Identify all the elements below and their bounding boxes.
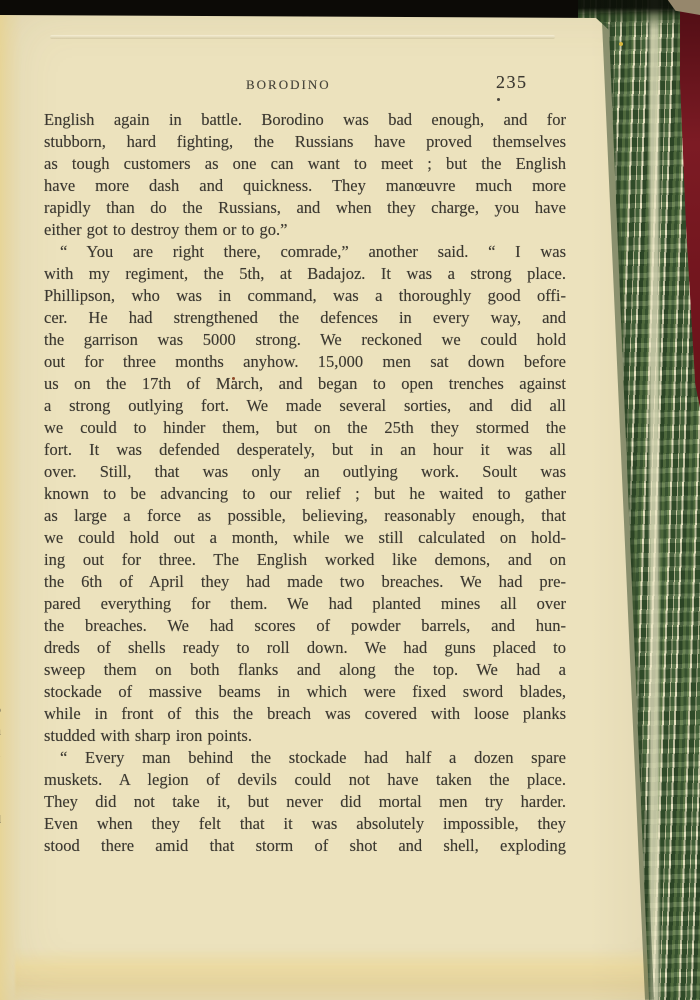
letter-fragment: d (0, 808, 4, 830)
text-line: studded with sharp iron points. (44, 725, 566, 747)
letter-fragment: t (0, 764, 4, 786)
page-number: 235 (496, 72, 528, 93)
letter-fragment: u (0, 720, 4, 742)
foxing-speck (232, 377, 235, 380)
letter-fragment: l (0, 786, 4, 808)
ink-speck (497, 98, 500, 101)
text-line: fort. It was defended desperately, but i… (44, 439, 566, 461)
text-line: over. Still, that was only an outlying w… (44, 461, 566, 483)
text-line: stockade of massive beams in which were … (44, 681, 566, 703)
book-page: BORODINO 235 English again in battle. Bo… (0, 0, 700, 1000)
text-line: sweep them on both flanks and along the … (44, 659, 566, 681)
text-line: the garrison was 5000 strong. We reckone… (44, 329, 566, 351)
page-bottom-discoloration (15, 948, 655, 1000)
text-line: Phillipson, who was in command, was a th… (44, 285, 566, 307)
text-line: we could hold out a month, while we stil… (44, 527, 566, 549)
text-line: while in front of this the breach was co… (44, 703, 566, 725)
letter-fragment: e (0, 830, 4, 852)
text-line: as tough customers as one can want to me… (44, 153, 566, 175)
text-line: the 6th of April they had made two breac… (44, 571, 566, 593)
text-line: muskets. A legion of devils could not ha… (44, 769, 566, 791)
text-line: either got to destroy them or to go.” (44, 219, 566, 241)
letter-fragment: o (0, 698, 4, 720)
text-line: ing out for three. The English worked li… (44, 549, 566, 571)
text-line: a strong outlying fort. We made several … (44, 395, 566, 417)
text-line: us on the 17th of March, and began to op… (44, 373, 566, 395)
text-line: the breaches. We had scores of powder ba… (44, 615, 566, 637)
book-photo: BORODINO 235 English again in battle. Bo… (0, 0, 700, 1000)
letter-fragment: l (0, 654, 4, 676)
text-line: have more dash and quickness. They manœu… (44, 175, 566, 197)
text-line: out for three months anyhow. 15,000 men … (44, 351, 566, 373)
text-line: with my regiment, the 5th, at Badajoz. I… (44, 263, 566, 285)
page-top-crease (50, 35, 555, 39)
body-text: English again in battle. Borodino was ba… (44, 109, 566, 857)
text-line: we could to hinder them, but on the 25th… (44, 417, 566, 439)
running-head: BORODINO (246, 77, 331, 93)
facing-page-letter-fragments: cleouatlde (0, 632, 4, 852)
text-line: known to be advancing to our relief ; bu… (44, 483, 566, 505)
text-line: pared everything for them. We had plante… (44, 593, 566, 615)
text-line: English again in battle. Borodino was ba… (44, 109, 566, 131)
text-line: rapidly than do the Russians, and when t… (44, 197, 566, 219)
yellow-speck (619, 42, 623, 46)
letter-fragment: e (0, 676, 4, 698)
text-line: They did not take it, but never did mort… (44, 791, 566, 813)
text-line: “ You are right there, comrade,” another… (44, 241, 566, 263)
text-line: stood there amid that storm of shot and … (44, 835, 566, 857)
text-line: Even when they felt that it was absolute… (44, 813, 566, 835)
letter-fragment: a (0, 742, 4, 764)
text-line: stubborn, hard fighting, the Russians ha… (44, 131, 566, 153)
text-line: “ Every man behind the stockade had half… (44, 747, 566, 769)
text-line: cer. He had strengthened the defences in… (44, 307, 566, 329)
text-line: as large a force as possible, believing,… (44, 505, 566, 527)
letter-fragment: c (0, 632, 4, 654)
text-line: dreds of shells ready to roll down. We h… (44, 637, 566, 659)
